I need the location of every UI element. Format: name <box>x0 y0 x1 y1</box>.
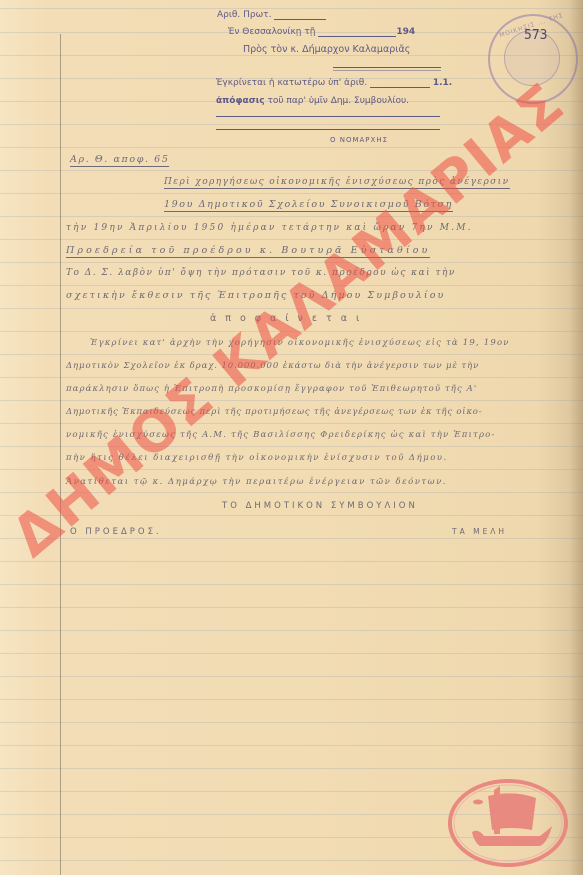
decision-number: Αρ. Θ. αποφ. 65 <box>70 154 169 167</box>
header-rule <box>333 67 441 68</box>
approval-line-1: Ἐγκρίνεται ἡ κατωτέρω ὑπ' ἀριθ. 1.1. <box>216 78 452 88</box>
members-signature-label: ΤΑ ΜΕΛΗ <box>452 527 507 536</box>
protocol-number-blank <box>274 10 326 20</box>
approval-rule-2 <box>216 129 440 130</box>
approval-rule-1 <box>216 116 440 117</box>
margin-line <box>60 34 61 875</box>
date-blank <box>318 27 396 37</box>
council-signature-heading: ΤΟ ΔΗΜΟΤΙΚΟΝ ΣΥΜΒΟΥΛΙΟΝ <box>222 501 418 511</box>
ship-seal-icon <box>444 776 572 870</box>
body-line-5: παράκλησιν ὅπως ἡ Ἐπιτροπὴ προσκομίσῃ ἔγ… <box>66 384 477 394</box>
addressee: Πρὸς τὸν κ. Δήμαρχον Καλαμαριᾶς <box>243 44 410 55</box>
approval-line-2: ἀπόφασις τοῦ παρ' ὑμῖν Δημ. Συμβουλίου. <box>216 96 409 106</box>
prefect-signature-label: Ο ΝΟΜΑΡΧΗΣ <box>330 136 388 144</box>
header-rule-2 <box>333 70 441 71</box>
approval-number-blank <box>370 78 430 88</box>
protocol-number-label: Αριθ. Πρωτ. <box>217 10 326 20</box>
document-page: Αριθ. Πρωτ. Ἐν Θεσσαλονίκῃ τῇ 194 Πρὸς τ… <box>0 0 583 875</box>
page-edge-shadow <box>569 0 583 875</box>
place-date-label: Ἐν Θεσσαλονίκῃ τῇ 194 <box>228 27 415 37</box>
archive-number: 573 <box>524 28 547 43</box>
body-line-2: σχετικὴν ἔκθεσιν τῆς Ἐπιτροπῆς τοῦ Δήμου… <box>66 290 445 301</box>
